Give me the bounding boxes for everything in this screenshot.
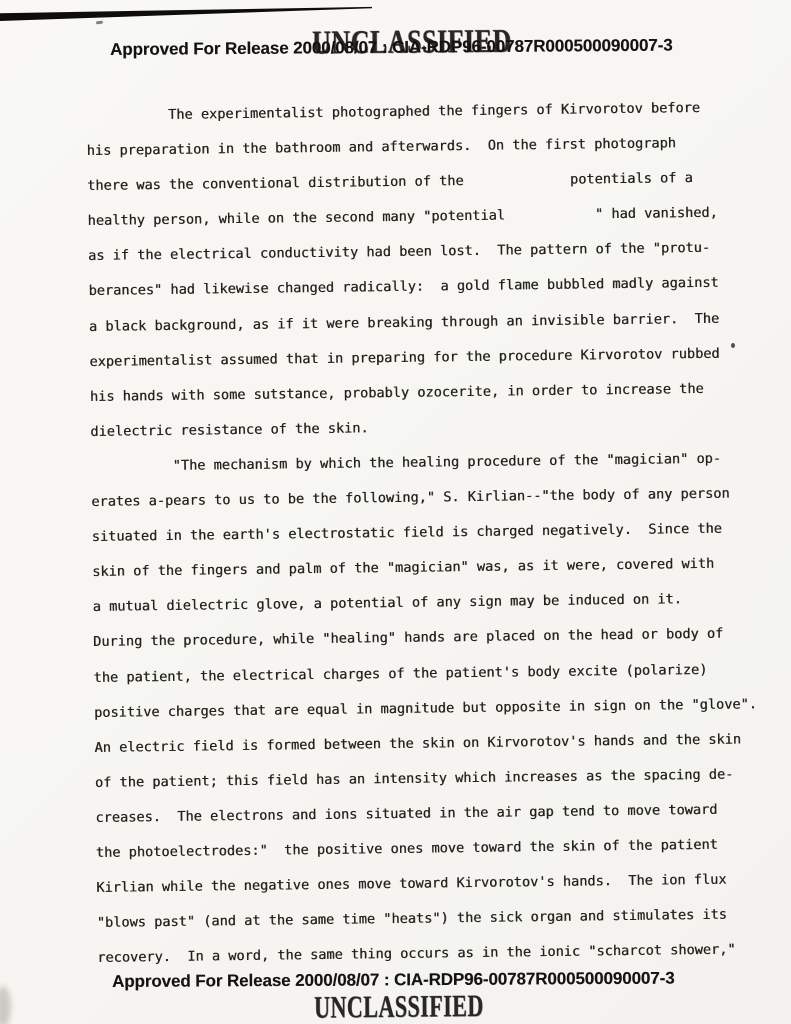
scan-artifact-smudge [0,986,11,1024]
classification-stamp-bottom: UNCLASSIFIED [314,988,484,1024]
scan-artifact-top-edge-line [0,6,372,21]
scanned-document-page: UNCLASSIFIED Approved For Release 2000/0… [0,0,791,1024]
approval-release-line-top: Approved For Release 2000/08/07 : CIA-RD… [110,36,673,60]
typewritten-body-text: The experimentalist photographed the fin… [86,90,787,976]
scan-artifact-dash [96,21,103,25]
scan-artifact-speck [731,343,735,348]
